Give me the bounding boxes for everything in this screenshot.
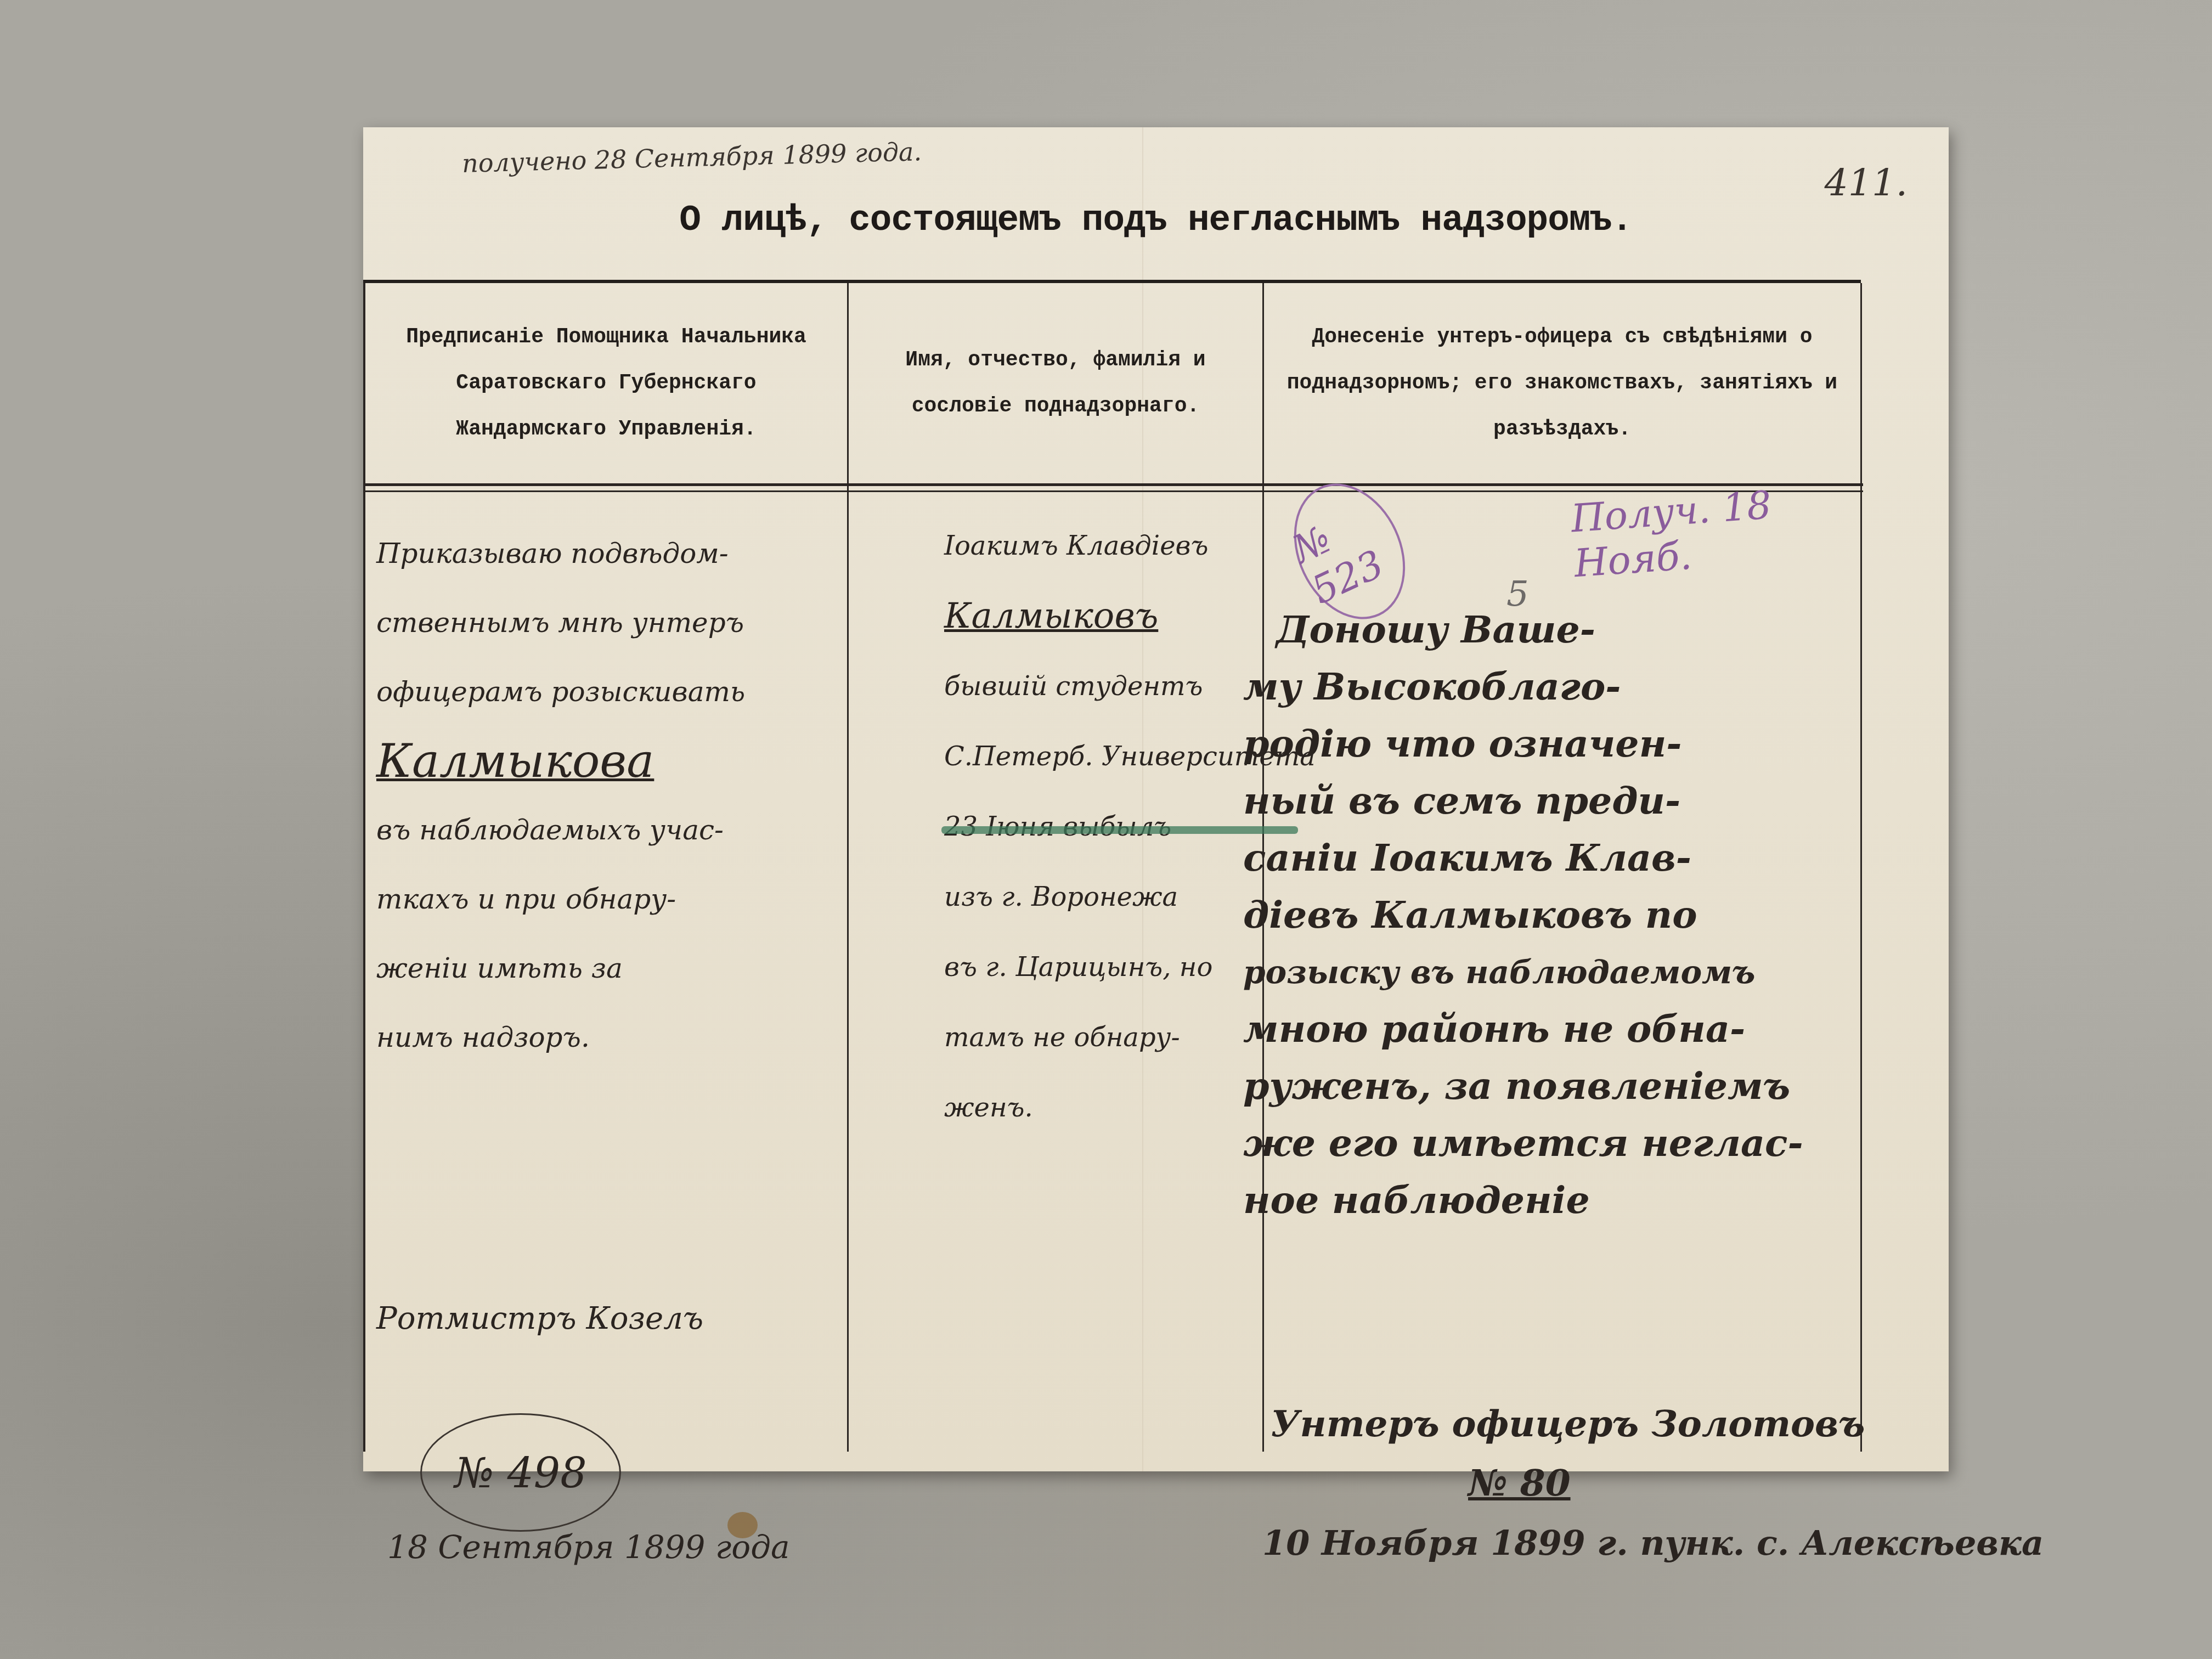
text-line: нимъ надзоръ. (376, 1003, 745, 1072)
text-line: ственнымъ мнѣ унтеръ (376, 588, 745, 657)
captain-signature: Ротмистръ Козелъ (376, 1301, 703, 1336)
text-line: Доношу Ваше- (1243, 601, 1803, 658)
text-line: офицерамъ розыскивать (376, 657, 745, 726)
form-table: Предписаніе Помощника Начальника Саратов… (363, 283, 1863, 1452)
outgoing-number-498: № 498 (420, 1413, 621, 1532)
report-text: Доношу Ваше- му Высокоблаго- родію что о… (1243, 601, 1803, 1229)
text-line: же его имѣется неглас- (1243, 1115, 1803, 1172)
header-rule (365, 483, 1863, 486)
text-line: ное наблюденіе (1243, 1172, 1803, 1229)
received-annotation: Получ. 18 Нояб. (1570, 476, 1866, 586)
text-line: руженъ, за появленіемъ (1243, 1058, 1803, 1115)
archive-page-number: 411. (1825, 161, 1908, 205)
text-line: му Высокоблаго- (1243, 658, 1803, 715)
text-line: ный въ семъ преди- (1243, 772, 1803, 830)
subject-surname: Калмыкова (376, 726, 745, 795)
text-line: родію что означен- (1243, 715, 1803, 772)
column-header-prescription: Предписаніе Помощника Начальника Саратов… (365, 283, 847, 483)
text-line: діевъ Калмыковъ по (1243, 887, 1803, 944)
subject-first-name: Іоакимъ Клавдіевъ (944, 511, 1316, 581)
text-line: въ наблюдаемыхъ учас- (376, 795, 745, 865)
text-line: ткахъ и при обнару- (376, 865, 745, 934)
text-line: розыску въ наблюдаемомъ (1243, 944, 1803, 1001)
column-divider (1860, 283, 1862, 1452)
received-note: получено 28 Сентября 1899 года. (461, 137, 922, 178)
archival-form-sheet: получено 28 Сентября 1899 года. 411. О л… (363, 127, 1949, 1471)
text-line: мною районѣ не обна- (1243, 1001, 1803, 1058)
form-title: О лицѣ, состоящемъ подъ негласнымъ надзо… (363, 200, 1949, 241)
prescription-text: Приказываю подвѣдом- ственнымъ мнѣ унтер… (376, 519, 745, 1072)
prescription-date: 18 Сентября 1899 года (387, 1528, 790, 1566)
column-header-name: Имя, отчество, фамилія и сословіе поднад… (849, 283, 1262, 483)
column-header-report: Донесеніе унтеръ-офицера съ свѣдѣніями о… (1264, 283, 1860, 483)
text-line: женіи имѣть за (376, 934, 745, 1003)
text-line: Приказываю подвѣдом- (376, 519, 745, 588)
text-line: саніи Іоакимъ Клав- (1243, 830, 1803, 887)
officer-signature: Унтеръ офицеръ Золотовъ (1271, 1402, 1865, 1445)
outgoing-number-80: № 80 (1468, 1462, 1571, 1504)
report-date-place: 10 Ноября 1899 г. пунк. с. Алексѣевка (1262, 1523, 2044, 1563)
